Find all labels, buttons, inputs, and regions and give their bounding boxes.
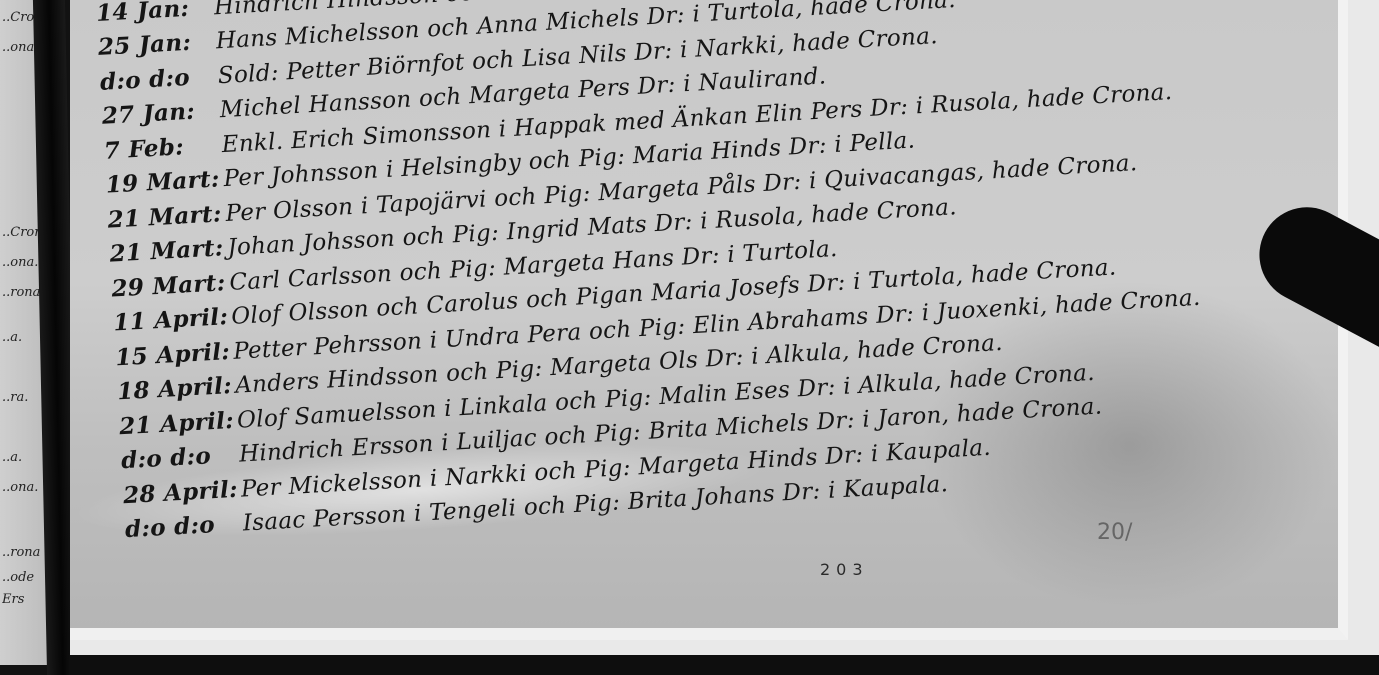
left-page-text: ..rona — [2, 545, 46, 560]
left-page-text: ..ode — [2, 570, 46, 585]
register-entries: 14 Jan:Hindrich Hindsson och Brita Jons … — [95, 0, 1354, 543]
left-page-text: Ers — [2, 592, 46, 607]
page-number: 203 — [820, 560, 869, 579]
scan-background — [70, 655, 1379, 675]
left-page-text: ..ra. — [2, 390, 46, 405]
left-page-text: ..ona. — [2, 480, 46, 495]
margin-stamp: 20/ — [1097, 520, 1132, 545]
left-page-text: ..a. — [2, 450, 46, 465]
